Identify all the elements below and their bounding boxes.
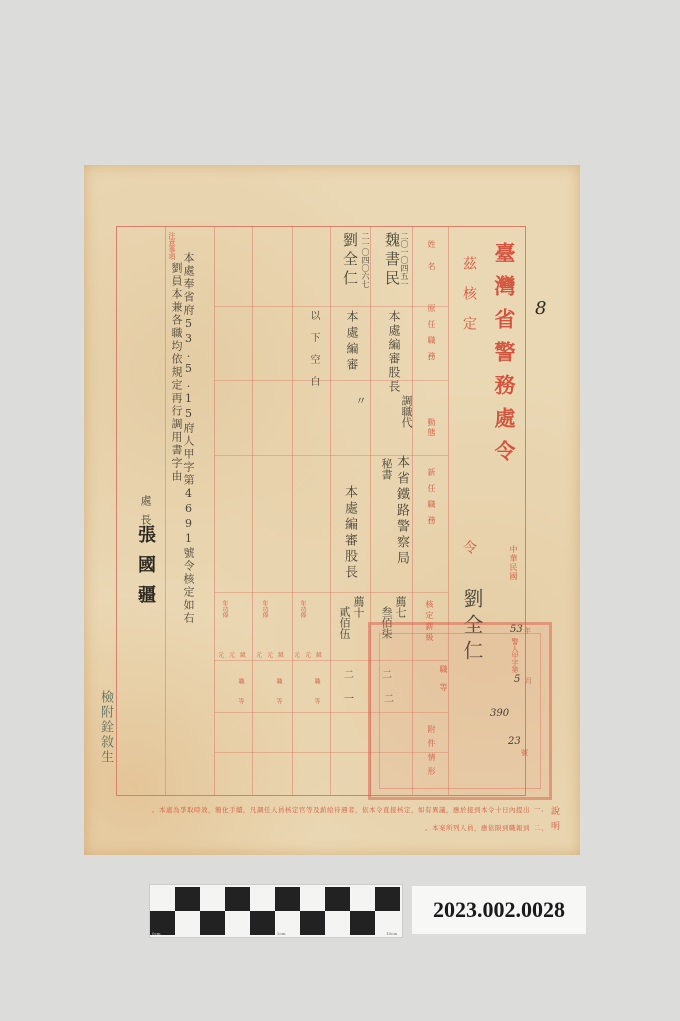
salary-subheader: 年功俸: [298, 600, 307, 618]
row2-name: 劉全仁: [340, 232, 361, 289]
row2-id: 二一〇四〇六七: [360, 232, 371, 288]
footer-item1-num: 一、: [534, 804, 548, 813]
row1-new-position: 本省鐵路警察局: [392, 455, 411, 567]
remainder-blank-note: 以下空白: [306, 310, 321, 398]
chief-name: 張國疆: [132, 525, 158, 615]
row2-change: 〃: [352, 395, 368, 406]
page-mark: 8: [535, 298, 546, 319]
grade-subheader: 職等: [312, 678, 321, 718]
date-era-label: 中華民國: [508, 545, 519, 581]
grid-line: [330, 226, 331, 796]
header-new-position: 新任職務: [426, 468, 437, 532]
header-prev-position: 原任職務: [426, 304, 437, 368]
grid-line: [214, 226, 215, 796]
grid-line: [214, 380, 448, 381]
approval-phrase: 茲核定: [459, 256, 479, 346]
document-title: 臺灣省警務處令: [489, 242, 519, 473]
scale-bar: 0cm 5cm 10cm: [149, 884, 403, 938]
footer-label: 說明: [548, 806, 561, 836]
grade-subheader: 職等: [274, 678, 283, 718]
grid-line: [252, 226, 253, 796]
notes-line-2: 劉員本兼各職均依規定再行調用書字由: [168, 262, 184, 483]
footer-item2-text: 本案所列人員，應依限到職報到。: [380, 823, 530, 832]
unit-labels: 元元級: [294, 650, 327, 659]
row2-new-position: 本處編審股長: [340, 485, 359, 581]
official-seal-stamp: [368, 622, 552, 800]
row2-salary-note: 薦十: [350, 596, 366, 618]
grid-line: [292, 226, 293, 796]
grid-line: [214, 592, 448, 593]
footer-item2-num: 二、: [534, 823, 548, 832]
salary-subheader: 年功俸: [220, 600, 229, 618]
row1-name: 魏書民: [382, 232, 403, 289]
order-word: 令: [459, 540, 479, 554]
header-change: 動態: [426, 418, 437, 438]
row1-salary-note: 薦七: [392, 596, 408, 618]
notes-title: 注意事項: [167, 232, 177, 260]
row2-rank: 一: [344, 690, 354, 705]
unit-labels: 元元級: [218, 650, 251, 659]
row2-salary-value: 貳佰伍: [336, 606, 352, 639]
grid-line: [165, 226, 166, 796]
grid-line: [214, 455, 448, 456]
row2-grade: 二: [344, 666, 354, 681]
row1-prev-position: 本處編審股長: [386, 310, 403, 394]
margin-note: 檢附銓敘生: [96, 690, 115, 765]
row1-new-position-note: 秘書: [378, 458, 394, 480]
accession-number-label: 2023.002.0028: [412, 886, 586, 934]
row2-prev-position: 本處編審: [344, 310, 361, 374]
salary-subheader: 年功俸: [260, 600, 269, 618]
grade-subheader: 職等: [236, 678, 245, 718]
header-name: 姓名: [426, 240, 437, 284]
grid-line: [214, 306, 448, 307]
unit-labels: 元元級: [256, 650, 289, 659]
footer-item1-text: 本處為爭取時效，簡化手續，凡調任人員核定官等及薪給待遇者，依本令直接核定，如有異…: [110, 805, 530, 814]
row1-change: 調職代: [398, 395, 414, 428]
